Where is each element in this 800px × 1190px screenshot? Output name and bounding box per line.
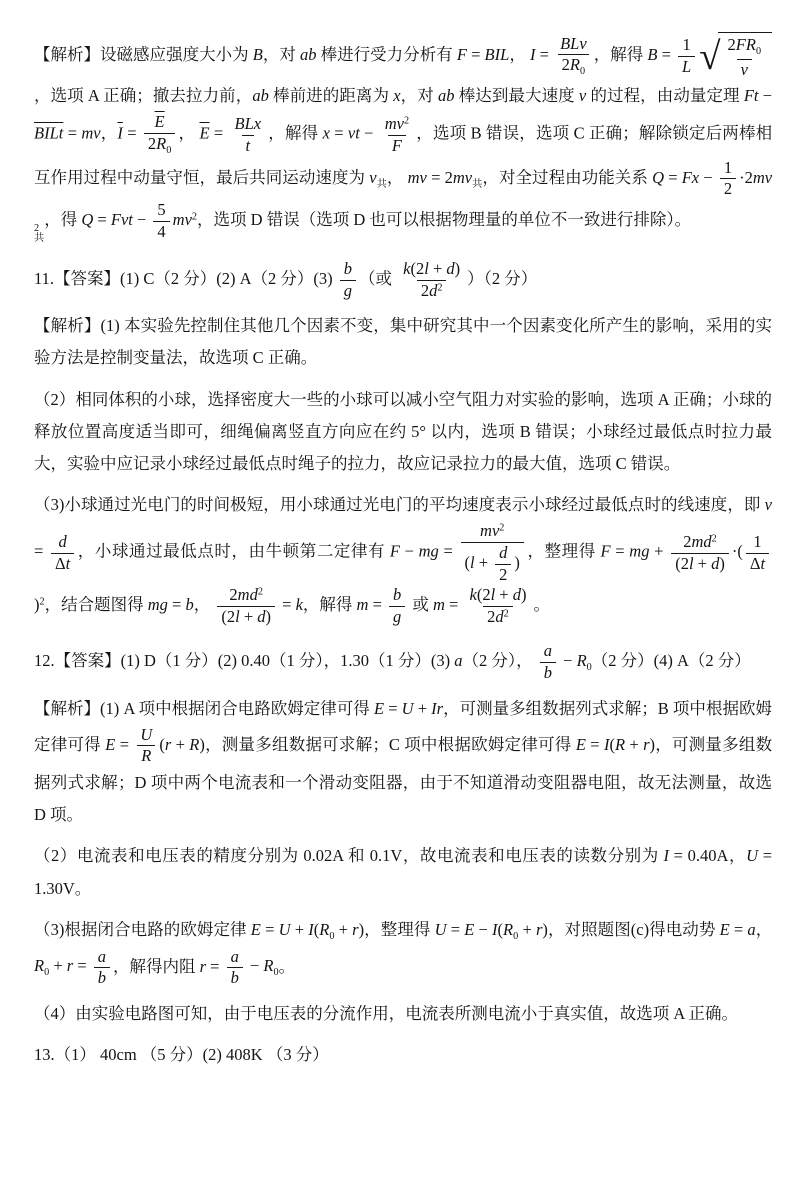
math-run: U = E − I(R0 + r): [435, 920, 548, 939]
fraction-numerator: mv2: [476, 521, 508, 542]
superscript: 2: [712, 533, 717, 544]
math-char: l: [235, 607, 240, 626]
math-char: b: [393, 585, 401, 604]
math-char: F: [457, 45, 467, 64]
math-run: (2l + d): [221, 607, 271, 626]
math-char: a: [747, 920, 755, 939]
math-run: Ft −: [744, 86, 772, 105]
fraction-numerator: U: [136, 725, 156, 746]
overline-math: BILt: [34, 124, 63, 143]
text-run: （3)根据闭合电路的欧姆定律: [34, 920, 251, 939]
math-char: d: [513, 585, 521, 604]
math-char: a: [454, 651, 462, 670]
text-run: ，: [509, 45, 530, 64]
text-run: （或: [359, 269, 396, 288]
text-run: ，: [194, 595, 215, 614]
math-run: 2FR0: [728, 35, 762, 54]
math-run: b: [393, 585, 401, 604]
superscript: 2: [404, 115, 409, 126]
math-char: L: [682, 57, 691, 76]
fraction-denominator: b: [94, 967, 110, 989]
math-run: a: [98, 947, 106, 966]
fraction: UR: [136, 725, 156, 767]
math-char: ): [514, 553, 520, 572]
overline-math: E: [199, 124, 209, 143]
fraction: mv2(l + d2): [461, 521, 524, 585]
text-run: ，解得内阻: [113, 956, 200, 975]
math-run: − R0: [559, 651, 592, 670]
fraction-denominator: 2d2: [417, 280, 447, 302]
math-run: (l +: [465, 553, 493, 572]
text-run: ，对照题图(c)得电动势: [548, 920, 720, 939]
math-run: m =: [433, 595, 462, 614]
math-char: +: [629, 735, 638, 754]
fraction: 12: [720, 158, 736, 200]
math-run: R0 + r =: [34, 956, 91, 975]
math-char: [87, 956, 91, 975]
math-char: [43, 542, 48, 561]
fraction-denominator: (l + d2): [461, 542, 524, 585]
math-char: v: [397, 114, 404, 133]
math-run: a: [544, 641, 552, 660]
math-char: Q: [652, 168, 664, 187]
math-char: [137, 124, 141, 143]
math-char: 1: [724, 158, 732, 177]
fraction: ab: [540, 641, 556, 683]
fraction: k(2l + d)2d2: [465, 585, 530, 627]
math-char: =: [471, 45, 480, 64]
math-char: d: [703, 532, 711, 551]
math-run: Δt: [750, 554, 765, 573]
math-char: 2: [499, 565, 507, 584]
math-char: ): [521, 585, 527, 604]
math-char: v: [93, 124, 100, 143]
math-run: k(2l + d): [403, 259, 460, 278]
math-char: B: [235, 114, 245, 133]
math-char: R: [319, 920, 329, 939]
math-run: E = I(R + r): [576, 735, 655, 754]
math-run: b: [231, 968, 239, 987]
math-char: 2: [416, 259, 424, 278]
fraction-denominator: R: [137, 745, 155, 767]
math-char: x: [254, 114, 261, 133]
math-run: = mv: [63, 124, 100, 143]
math-char: v: [185, 210, 192, 229]
text-run: ，对: [263, 45, 300, 64]
math-run: g: [344, 281, 352, 300]
fraction-numerator: BLx: [231, 114, 266, 135]
math-char: [713, 168, 717, 187]
math-run: F: [392, 136, 402, 155]
fraction: 2md2(2l + d): [671, 532, 729, 574]
math-char: E: [374, 699, 384, 718]
fraction-denominator: L: [678, 56, 695, 78]
fraction-numerator: 1: [679, 35, 695, 56]
math-char: =: [590, 735, 599, 754]
math-run: F − mg =: [390, 542, 458, 561]
math-char: [146, 210, 150, 229]
math-run: r =: [200, 956, 224, 975]
math-char: =: [763, 846, 772, 865]
math-char: m: [238, 585, 250, 604]
math-char: [223, 124, 227, 143]
math-char: L: [50, 124, 59, 143]
math-run: d: [59, 532, 67, 551]
text-run: 【解析】(1) 本实验先控制住其他几个因素不变，集中研究其中一个因素变化所产生的…: [34, 316, 772, 367]
subscript: 共: [472, 179, 482, 190]
math-char: 2: [148, 134, 156, 153]
math-char: d: [59, 532, 67, 551]
math-run: ab: [300, 45, 317, 64]
math-char: +: [499, 585, 508, 604]
math-char: +: [53, 956, 62, 975]
math-char: [382, 595, 386, 614]
fraction: BLxt: [231, 114, 266, 156]
text-run: ，: [101, 124, 118, 143]
math-char: 2: [562, 55, 570, 74]
math-run: a: [231, 947, 239, 966]
math-run: 2md2: [229, 585, 263, 604]
fraction-numerator: b: [389, 585, 405, 606]
math-char: m: [385, 114, 397, 133]
math-char: a: [98, 947, 106, 966]
math-char: d: [495, 607, 503, 626]
math-char: d: [250, 585, 258, 604]
text-run: 或: [408, 595, 433, 614]
math-char: =: [451, 920, 460, 939]
fraction-denominator: Δt: [746, 553, 769, 575]
subscript: 0: [580, 66, 585, 77]
fraction-numerator: k(2l + d): [465, 585, 530, 606]
fraction-numerator: a: [540, 641, 556, 662]
math-run: E: [155, 112, 165, 131]
fraction: 1Δt: [746, 532, 769, 574]
math-char: ): [719, 554, 725, 573]
math-run: mv2: [480, 521, 504, 540]
subscript: 0: [756, 46, 761, 57]
text-run: 棒前进的距离为: [269, 86, 393, 105]
text-run: （4）由实验电路图可知，由于电压表的分流作用，电流表所测电流小于真实值，故选项 …: [34, 1004, 738, 1023]
math-char: t: [760, 554, 765, 573]
math-run: mg = b: [148, 595, 194, 614]
math-char: =: [662, 45, 671, 64]
math-run: k(2l + d): [469, 585, 526, 604]
fraction-numerator: 2md2: [679, 532, 721, 553]
math-char: =: [172, 595, 181, 614]
fraction: bg: [389, 585, 405, 627]
math-char: a: [231, 947, 239, 966]
math-char: 2: [229, 585, 237, 604]
math-char: m: [148, 595, 160, 614]
fraction: bg: [340, 259, 356, 301]
math-run: 1: [683, 35, 691, 54]
math-char: 2: [745, 168, 753, 187]
text-run: ，解得: [594, 45, 648, 64]
text-run: （3)小球通过光电门的时间极短，用小球通过光电门的平均速度表示小球经过最低点时的…: [34, 495, 765, 514]
math-run: 1: [724, 158, 732, 177]
math-run: x: [393, 86, 400, 105]
math-char: g: [431, 542, 439, 561]
math-run: g: [393, 607, 401, 626]
math-char: m: [629, 542, 641, 561]
math-char: E: [199, 124, 209, 143]
fraction-denominator: 2d2: [483, 606, 513, 628]
overline-math: E: [155, 112, 165, 131]
math-char: R: [141, 746, 151, 765]
math-char: [663, 542, 668, 561]
fraction-numerator: mv2: [381, 114, 413, 135]
math-char: +: [176, 735, 185, 754]
fraction: dΔt: [51, 532, 74, 574]
math-char: m: [173, 210, 185, 229]
fraction-denominator: Δt: [51, 553, 74, 575]
fraction: d2: [495, 543, 511, 585]
math-char: t: [246, 136, 251, 155]
math-char: [129, 735, 133, 754]
math-run: 2d2: [421, 281, 443, 300]
math-char: +: [433, 259, 442, 278]
math-run: b: [98, 968, 106, 987]
math-char: g: [393, 607, 401, 626]
math-run: F = mg +: [600, 542, 668, 561]
math-char: E: [720, 920, 730, 939]
math-run: B =: [647, 45, 675, 64]
text-run: ，小球通过最低点时，由牛顿第二定律有: [77, 542, 390, 561]
math-run: E = U + Ir: [374, 699, 443, 718]
math-char: =: [68, 124, 77, 143]
text-run: 13.（1） 40cm （5 分）(2) 408K （3 分）: [34, 1045, 329, 1064]
text-run: ，得: [44, 210, 81, 229]
math-char: +: [698, 554, 707, 573]
math-char: R: [570, 55, 580, 74]
text-run: ，: [387, 168, 408, 187]
math-char: E: [251, 920, 261, 939]
math-run: 2: [724, 179, 732, 198]
text-run: ，整理得: [364, 920, 435, 939]
math-char: R: [156, 134, 166, 153]
fraction: ab: [227, 947, 243, 989]
math-run: E =: [105, 735, 133, 754]
text-run: 0.40A，: [688, 846, 746, 865]
text-run: 棒进行受力分析有: [317, 45, 457, 64]
math-run: R: [141, 746, 151, 765]
math-char: =: [34, 542, 43, 561]
math-char: t: [66, 554, 71, 573]
fraction-numerator: 2FR0: [724, 35, 766, 59]
math-char: a: [438, 86, 446, 105]
math-char: =: [77, 956, 86, 975]
math-run: BLx: [235, 114, 262, 133]
math-run: 2R0: [148, 134, 171, 153]
math-char: m: [480, 521, 492, 540]
math-char: R: [263, 956, 273, 975]
math-char: E: [105, 735, 115, 754]
fraction: 1L: [678, 35, 695, 77]
math-char: m: [408, 168, 420, 187]
fraction-numerator: E: [151, 112, 169, 133]
math-char: R: [615, 735, 625, 754]
math-char: F: [111, 210, 121, 229]
square-root: √2FR0v: [699, 32, 772, 80]
math-run: E: [199, 124, 209, 143]
math-run: ab: [252, 86, 269, 105]
fraction-denominator: b: [540, 662, 556, 684]
math-char: =: [214, 124, 223, 143]
math-char: m: [419, 542, 431, 561]
math-char: =: [449, 595, 458, 614]
math-run: a: [454, 651, 462, 670]
paragraph-q12-solution-3: （3)根据闭合电路的欧姆定律 E = U + I(R0 + r)，整理得 U =…: [34, 914, 772, 989]
math-run: E = U + I(R0 + r): [251, 920, 364, 939]
text-run: ，结合题图得: [45, 595, 148, 614]
math-char: g: [344, 281, 352, 300]
math-run: U: [140, 725, 152, 744]
text-run: ，: [756, 920, 773, 939]
math-char: R: [34, 956, 44, 975]
math-run: =: [123, 124, 141, 143]
math-char: +: [295, 920, 304, 939]
fraction-denominator: 2R0: [144, 133, 175, 158]
math-char: −: [137, 210, 146, 229]
math-char: =: [334, 124, 343, 143]
math-run: − R0: [246, 956, 279, 975]
math-char: l: [689, 554, 694, 573]
fraction: mv2F: [381, 114, 413, 156]
math-run: ): [514, 553, 520, 572]
math-run: 2R0: [562, 55, 585, 74]
math-char: =: [373, 595, 382, 614]
math-char: L: [500, 45, 509, 64]
fraction: 54: [153, 200, 169, 242]
math-char: =: [444, 542, 453, 561]
math-char: −: [479, 920, 488, 939]
math-char: k: [296, 595, 303, 614]
math-char: [488, 553, 492, 572]
math-char: F: [682, 168, 692, 187]
text-run: ，选项 D 错误（选项 D 也可以根据物理量的单位不一致进行排除）。: [197, 210, 691, 229]
math-char: [453, 542, 458, 561]
math-char: b: [231, 968, 239, 987]
text-run: ，对: [401, 86, 438, 105]
paragraph-q11-solution-1: 【解析】(1) 本实验先控制住其他几个因素不变，集中研究其中一个因素变化所产生的…: [34, 310, 772, 374]
fraction-numerator: BLv: [556, 34, 591, 55]
math-run: B: [253, 45, 263, 64]
math-run: 2d2: [487, 607, 509, 626]
fraction-denominator: 2: [720, 178, 736, 200]
math-char: F: [600, 542, 610, 561]
fraction-denominator: v: [737, 59, 752, 81]
math-run: E = a: [720, 920, 756, 939]
math-char: g: [160, 595, 168, 614]
math-run: Q = Fvt −: [81, 210, 150, 229]
fraction: 2md2(2l + d): [217, 585, 275, 627]
math-char: 2: [445, 168, 453, 187]
math-run: ·(: [732, 542, 743, 561]
math-char: a: [252, 86, 260, 105]
math-char: R: [503, 920, 513, 939]
math-char: 2: [227, 607, 235, 626]
math-char: R: [746, 35, 756, 54]
math-char: F: [392, 136, 402, 155]
paragraph-q11-solution-3: （3)小球通过光电门的时间极短，用小球通过光电门的平均速度表示小球经过最低点时的…: [34, 489, 772, 627]
paragraph-q11-solution-2: （2）相同体积的小球，选择密度大一些的小球可以减小空气阻力对实验的影响，选项 A…: [34, 384, 772, 481]
text-run: 【解析】(1) A 项中根据闭合电路欧姆定律可得: [34, 699, 374, 718]
paragraph-q12-solution-1: 【解析】(1) A 项中根据闭合电路欧姆定律可得 E = U + Ir，可测量多…: [34, 693, 772, 832]
math-char: 2: [421, 281, 429, 300]
text-run: 。: [533, 595, 550, 614]
math-char: +: [418, 699, 427, 718]
math-char: L: [245, 114, 254, 133]
math-run: v共: [369, 168, 387, 187]
math-char: 4: [157, 222, 165, 241]
math-char: [219, 956, 223, 975]
math-char: B: [34, 124, 44, 143]
math-char: 1: [683, 35, 691, 54]
fraction-numerator: 5: [153, 200, 169, 221]
math-char: =: [388, 699, 397, 718]
text-run: ，选项 A 正确；撤去拉力前，: [34, 86, 252, 105]
math-char: F: [736, 35, 746, 54]
math-run: Δt: [55, 554, 70, 573]
math-char: U: [746, 846, 758, 865]
math-char: (: [737, 542, 743, 561]
math-char: B: [485, 45, 495, 64]
fraction-denominator: t: [242, 135, 255, 157]
math-char: a: [544, 641, 552, 660]
math-char: 2: [728, 35, 736, 54]
math-run: 2: [499, 565, 507, 584]
math-run: 2md2: [683, 532, 717, 551]
text-run: 棒达到最大速度: [455, 86, 579, 105]
fraction-numerator: k(2l + d): [399, 259, 464, 280]
math-char: 5: [157, 200, 165, 219]
math-char: =: [431, 168, 440, 187]
math-char: +: [479, 553, 488, 572]
math-run: mv2: [173, 210, 197, 229]
text-run: （2）电流表和电压表的精度分别为 0.02A 和 0.1V，故电流表和电压表的读…: [34, 846, 663, 865]
math-run: ab: [438, 86, 455, 105]
math-run: (r + R): [159, 735, 205, 754]
math-run: Q = Fx −: [652, 168, 717, 187]
math-char: x: [393, 86, 400, 105]
fraction-denominator: (2l + d): [671, 553, 729, 575]
paragraph-q12-solution-2: （2）电流表和电压表的精度分别为 0.02A 和 0.1V，故电流表和电压表的读…: [34, 840, 772, 904]
math-char: −: [405, 542, 414, 561]
math-char: =: [734, 920, 743, 939]
math-char: b: [544, 663, 552, 682]
math-char: 2: [482, 585, 490, 604]
fraction: BLv2R0: [556, 34, 591, 79]
math-char: v: [579, 34, 586, 53]
math-char: =: [615, 542, 624, 561]
math-run: mv = 2mv共: [408, 168, 483, 187]
subscript: 0: [166, 145, 171, 156]
math-char: m: [753, 168, 765, 187]
math-run: b: [544, 663, 552, 682]
math-run: mv2: [385, 114, 409, 133]
text-run: 12.【答案】(1) D（1 分）(2) 0.40（1 分），1.30（1 分）…: [34, 651, 454, 670]
math-char: [671, 45, 675, 64]
math-char: m: [357, 595, 369, 614]
math-char: −: [703, 168, 712, 187]
fraction-numerator: a: [227, 947, 243, 968]
math-run: 1: [753, 532, 761, 551]
math-char: U: [140, 725, 152, 744]
math-char: 2: [683, 532, 691, 551]
paragraph-q13-answer: 13.（1） 40cm （5 分）(2) 408K （3 分）: [34, 1039, 772, 1071]
text-run: ，: [178, 124, 199, 143]
fraction-denominator: g: [340, 280, 356, 302]
